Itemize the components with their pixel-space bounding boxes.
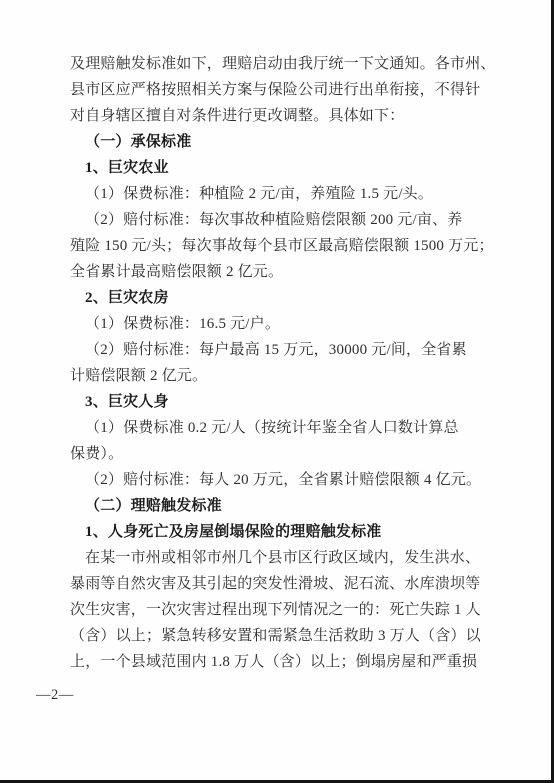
document-body-line: 殖险 150 元/头；每次事故每个县市区最高赔偿限额 1500 万元； <box>70 233 500 259</box>
document-body-line: （2）赔付标准：每次事故种植险赔偿限额 200 元/亩、养 <box>70 207 500 233</box>
document-body-line: （2）赔付标准：每户最高 15 万元，30000 元/间，全省累 <box>70 337 500 363</box>
document-heading-line: （二）理赔触发标准 <box>70 493 500 519</box>
document-heading-line: 1、人身死亡及房屋倒塌保险的理赔触发标准 <box>70 519 500 545</box>
document-body-line: （2）赔付标准：每人 20 万元，全省累计赔偿限额 4 亿元。 <box>70 467 500 493</box>
page-number: —2— <box>36 687 74 704</box>
document-body-line: （含）以上；紧急转移安置和需紧急生活救助 3 万人（含）以 <box>70 623 500 649</box>
document-body-line: 及理赔触发标准如下，理赔启动由我厅统一下文通知。各市州、 <box>70 51 500 77</box>
document-body-line: 次生灾害，一次灾害过程出现下列情况之一的：死亡失踪 1 人 <box>70 597 500 623</box>
document-body-line: （1）保费标准：种植险 2 元/亩，养殖险 1.5 元/头。 <box>70 181 500 207</box>
document-body-line: 在某一市州或相邻市州几个县市区行政区域内，发生洪水、 <box>70 545 500 571</box>
document-body-line: 暴雨等自然灾害及其引起的突发性滑坡、泥石流、水库溃坝等 <box>70 571 500 597</box>
document-heading-line: 1、巨灾农业 <box>70 155 500 181</box>
document-body-line: （1）保费标准 0.2 元/人（按统计年鉴全省人口数计算总 <box>70 415 500 441</box>
document-text-block: 及理赔触发标准如下，理赔启动由我厅统一下文通知。各市州、县市区应严格按照相关方案… <box>70 51 500 675</box>
scanned-document-page: 及理赔触发标准如下，理赔启动由我厅统一下文通知。各市州、县市区应严格按照相关方案… <box>0 0 554 783</box>
document-body-line: 县市区应严格按照相关方案与保险公司进行出单衔接，不得针 <box>70 77 500 103</box>
document-heading-line: （一）承保标准 <box>70 129 500 155</box>
document-body-line: 计赔偿限额 2 亿元。 <box>70 363 500 389</box>
document-body-line: 上，一个县域范围内 1.8 万人（含）以上；倒塌房屋和严重损 <box>70 649 500 675</box>
document-body-line: 全省累计最高赔偿限额 2 亿元。 <box>70 259 500 285</box>
document-body-line: （1）保费标准：16.5 元/户。 <box>70 311 500 337</box>
document-body-line: 对自身辖区擅自对条件进行更改调整。具体如下： <box>70 103 500 129</box>
document-body-line: 保费）。 <box>70 441 500 467</box>
document-heading-line: 2、巨灾农房 <box>70 285 500 311</box>
document-heading-line: 3、巨灾人身 <box>70 389 500 415</box>
